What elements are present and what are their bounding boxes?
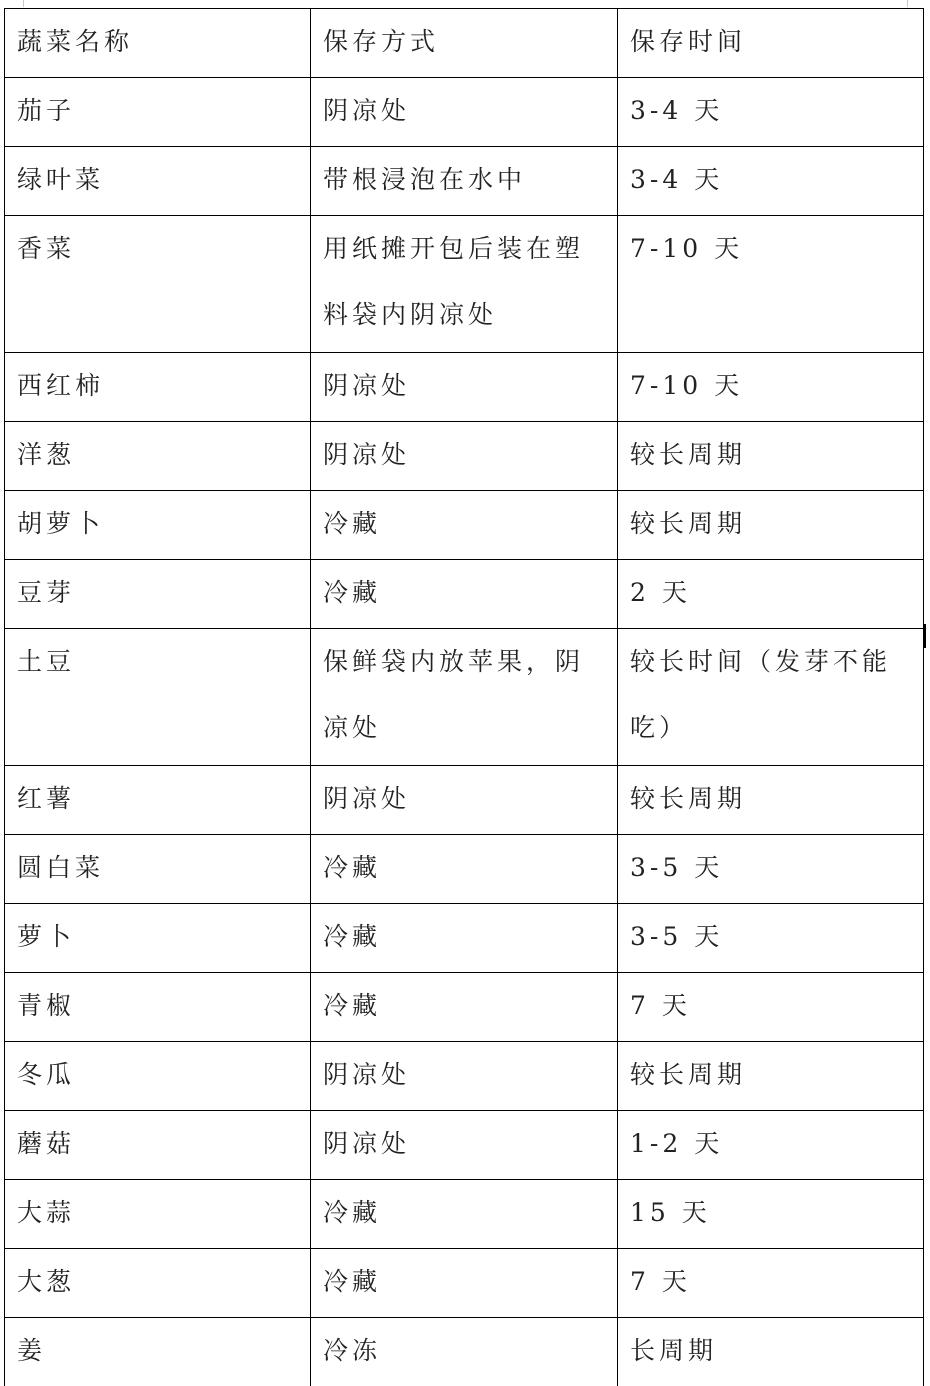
cell-method[interactable]: 冷冻 (311, 1318, 618, 1386)
cell-duration[interactable]: 7 天 (618, 1249, 924, 1318)
cell-method[interactable]: 冷藏 (311, 973, 618, 1042)
cell-name[interactable]: 香菜 (5, 216, 311, 353)
table-row: 姜 冷冻 长周期 (5, 1318, 924, 1386)
cell-method[interactable]: 阴凉处 (311, 422, 618, 491)
corner-mark-left (23, 0, 24, 7)
cell-method[interactable]: 带根浸泡在水中 (311, 147, 618, 216)
cell-duration[interactable]: 3-4 天 (618, 147, 924, 216)
cell-name[interactable]: 茄子 (5, 78, 311, 147)
table-row: 冬瓜 阴凉处 较长周期 (5, 1042, 924, 1111)
table-row: 胡萝卜 冷藏 较长周期 (5, 491, 924, 560)
cell-duration[interactable]: 7-10 天 (618, 216, 924, 353)
table-row: 红薯 阴凉处 较长周期 (5, 766, 924, 835)
cell-method[interactable]: 冷藏 (311, 835, 618, 904)
cell-duration[interactable]: 较长时间（发芽不能吃） (618, 629, 924, 766)
table-row: 豆芽 冷藏 2 天 (5, 560, 924, 629)
header-cell[interactable]: 保存方式 (311, 9, 618, 78)
table-row: 蘑菇 阴凉处 1-2 天 (5, 1111, 924, 1180)
cell-name[interactable]: 大葱 (5, 1249, 311, 1318)
cell-name[interactable]: 绿叶菜 (5, 147, 311, 216)
table-row: 青椒 冷藏 7 天 (5, 973, 924, 1042)
cell-duration[interactable]: 3-5 天 (618, 835, 924, 904)
cell-duration[interactable]: 1-2 天 (618, 1111, 924, 1180)
cell-name[interactable]: 冬瓜 (5, 1042, 311, 1111)
cell-name[interactable]: 红薯 (5, 766, 311, 835)
cell-method[interactable]: 冷藏 (311, 904, 618, 973)
table-row: 西红柿 阴凉处 7-10 天 (5, 353, 924, 422)
table-row: 绿叶菜 带根浸泡在水中 3-4 天 (5, 147, 924, 216)
cell-method[interactable]: 冷藏 (311, 491, 618, 560)
cell-method[interactable]: 阴凉处 (311, 766, 618, 835)
table-row: 香菜 用纸摊开包后装在塑料袋内阴凉处 7-10 天 (5, 216, 924, 353)
cell-method[interactable]: 阴凉处 (311, 78, 618, 147)
cell-method[interactable]: 阴凉处 (311, 353, 618, 422)
header-cell[interactable]: 保存时间 (618, 9, 924, 78)
cell-name[interactable]: 洋葱 (5, 422, 311, 491)
cell-duration[interactable]: 较长周期 (618, 422, 924, 491)
table-row: 茄子 阴凉处 3-4 天 (5, 78, 924, 147)
cell-method[interactable]: 冷藏 (311, 1180, 618, 1249)
cell-method[interactable]: 阴凉处 (311, 1042, 618, 1111)
vegetable-storage-table: 蔬菜名称 保存方式 保存时间 茄子 阴凉处 3-4 天 绿叶菜 带根浸泡在水中 … (4, 8, 924, 1386)
cell-name[interactable]: 土豆 (5, 629, 311, 766)
text-cursor (924, 624, 926, 648)
cell-name[interactable]: 青椒 (5, 973, 311, 1042)
cell-method[interactable]: 冷藏 (311, 1249, 618, 1318)
cell-name[interactable]: 豆芽 (5, 560, 311, 629)
cell-duration[interactable]: 7-10 天 (618, 353, 924, 422)
page-corner-marks (0, 0, 930, 8)
cell-duration[interactable]: 2 天 (618, 560, 924, 629)
cell-method[interactable]: 用纸摊开包后装在塑料袋内阴凉处 (311, 216, 618, 353)
corner-mark-right (907, 0, 908, 7)
cell-name[interactable]: 姜 (5, 1318, 311, 1386)
cell-duration[interactable]: 较长周期 (618, 491, 924, 560)
cell-duration[interactable]: 7 天 (618, 973, 924, 1042)
header-row: 蔬菜名称 保存方式 保存时间 (5, 9, 924, 78)
table-row: 大葱 冷藏 7 天 (5, 1249, 924, 1318)
cell-name[interactable]: 大蒜 (5, 1180, 311, 1249)
cell-name[interactable]: 蘑菇 (5, 1111, 311, 1180)
table-row: 萝卜 冷藏 3-5 天 (5, 904, 924, 973)
cell-method[interactable]: 保鲜袋内放苹果，阴凉处 (311, 629, 618, 766)
cell-name[interactable]: 胡萝卜 (5, 491, 311, 560)
table-row: 大蒜 冷藏 15 天 (5, 1180, 924, 1249)
cell-duration[interactable]: 3-5 天 (618, 904, 924, 973)
table-row: 土豆 保鲜袋内放苹果，阴凉处 较长时间（发芽不能吃） (5, 629, 924, 766)
cell-duration[interactable]: 长周期 (618, 1318, 924, 1386)
cell-duration[interactable]: 较长周期 (618, 766, 924, 835)
cell-duration[interactable]: 15 天 (618, 1180, 924, 1249)
cell-duration[interactable]: 3-4 天 (618, 78, 924, 147)
table-row: 洋葱 阴凉处 较长周期 (5, 422, 924, 491)
header-cell[interactable]: 蔬菜名称 (5, 9, 311, 78)
cell-name[interactable]: 萝卜 (5, 904, 311, 973)
cell-method[interactable]: 冷藏 (311, 560, 618, 629)
table-row: 圆白菜 冷藏 3-5 天 (5, 835, 924, 904)
cell-name[interactable]: 圆白菜 (5, 835, 311, 904)
cell-name[interactable]: 西红柿 (5, 353, 311, 422)
cell-duration[interactable]: 较长周期 (618, 1042, 924, 1111)
cell-method[interactable]: 阴凉处 (311, 1111, 618, 1180)
